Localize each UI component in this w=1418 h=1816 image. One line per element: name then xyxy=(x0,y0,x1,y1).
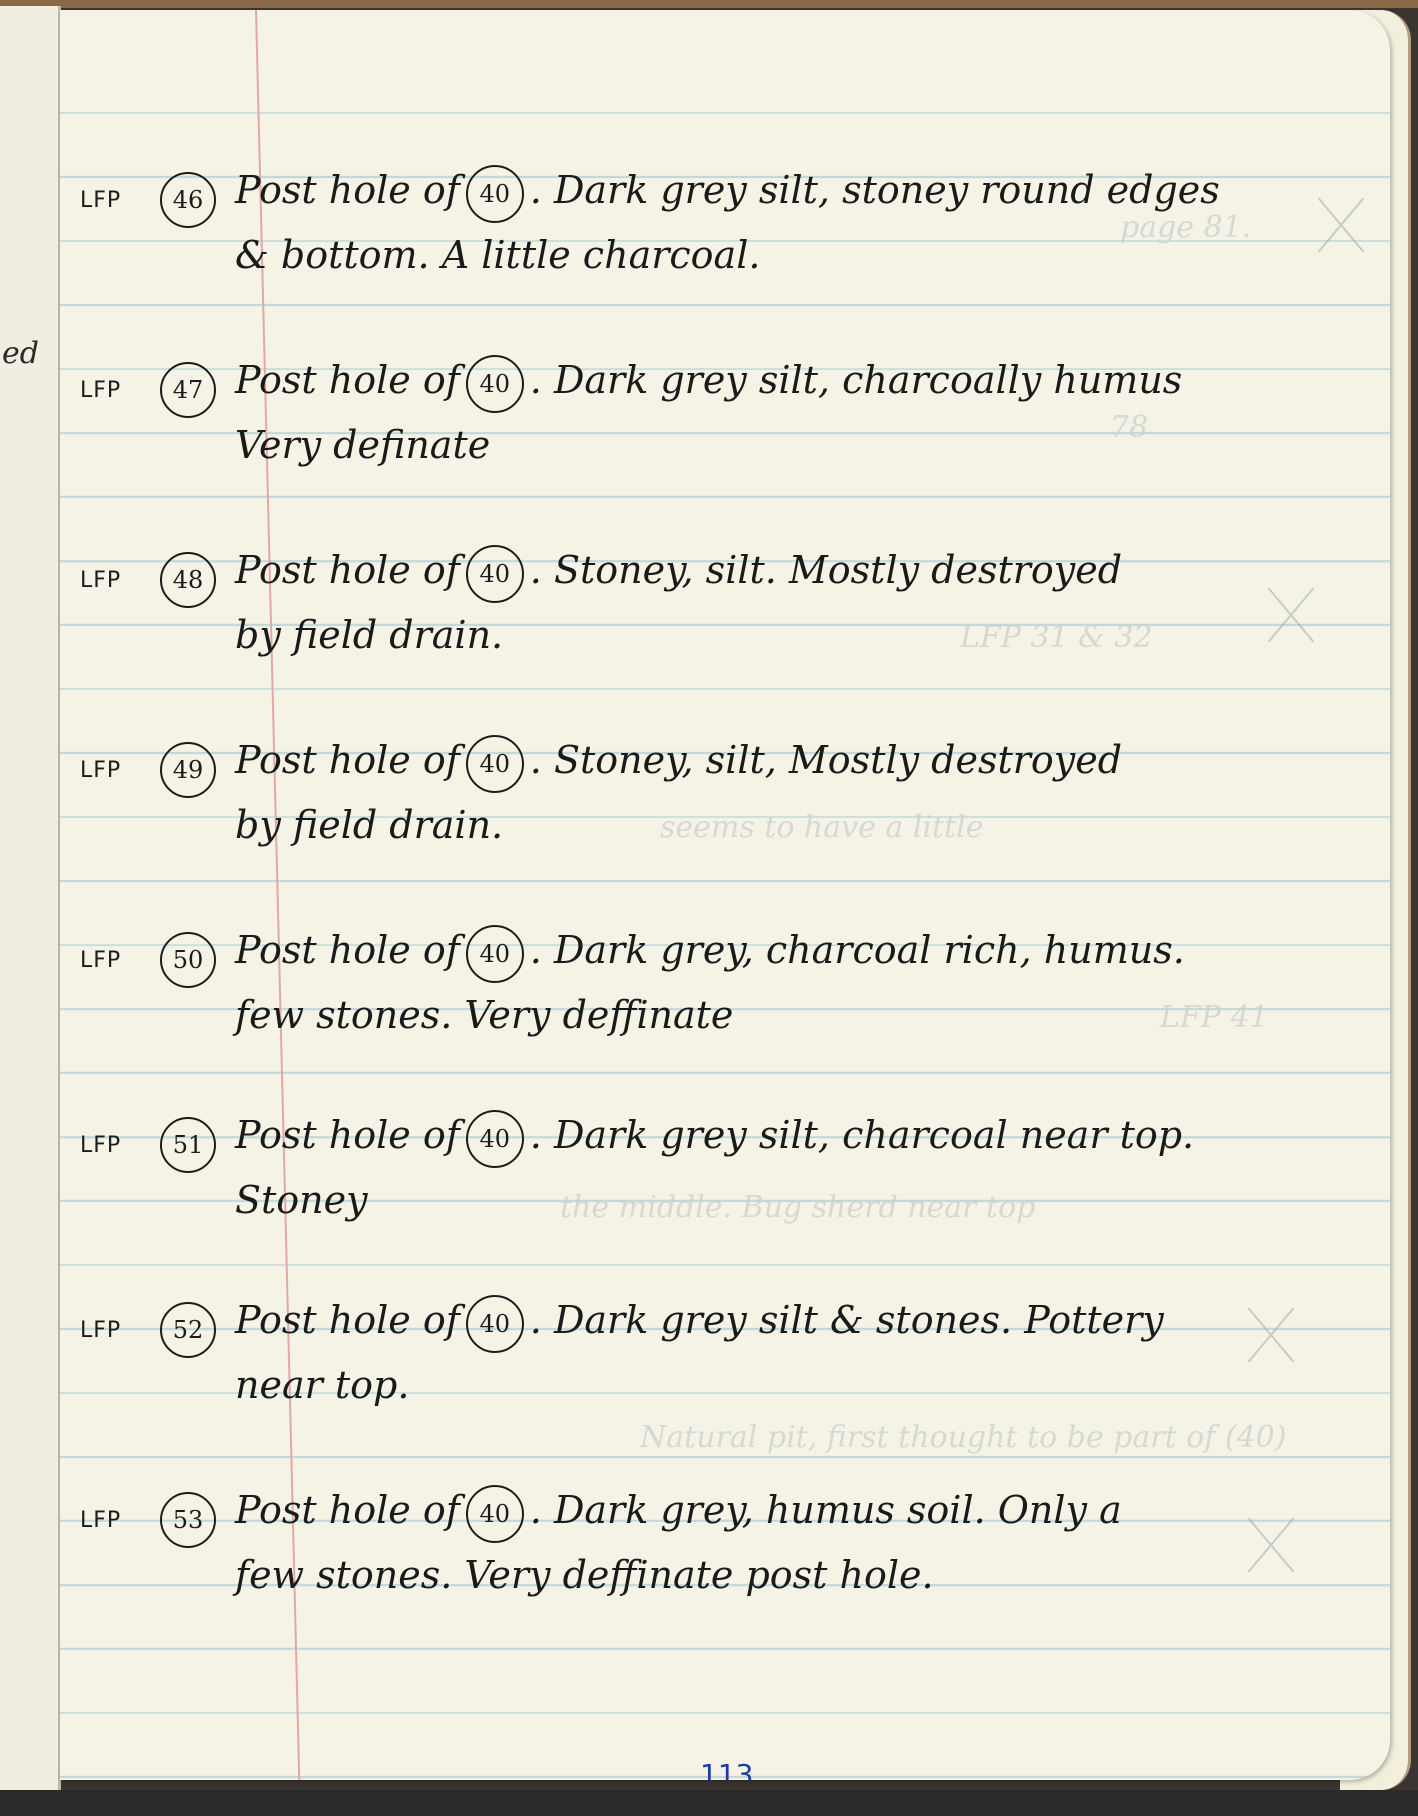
entry-line2: few stones. Very deffinate post hole. xyxy=(235,1553,934,1597)
entry-number-circled: 49 xyxy=(160,742,216,798)
page-number: 113 xyxy=(700,1758,753,1780)
entry-label: LFP xyxy=(80,1508,121,1533)
log-entry: LFP 53 Post hole of40. Dark grey, humus … xyxy=(60,1470,1360,1650)
entry-text: Post hole of40. Dark grey silt & stones.… xyxy=(235,1288,1355,1417)
entry-number-circled: 51 xyxy=(160,1117,216,1173)
entry-label: LFP xyxy=(80,948,121,973)
feature-ref-circled: 40 xyxy=(466,735,524,793)
entry-line2: Very definate xyxy=(235,423,490,467)
entry-label: LFP xyxy=(80,1318,121,1343)
entry-text: Post hole of40. Stoney, silt, Mostly des… xyxy=(235,728,1355,857)
entry-line1: . Dark grey silt, charcoally humus xyxy=(530,358,1183,402)
entry-line1: . Stoney, silt, Mostly destroyed xyxy=(530,738,1122,782)
entry-label: LFP xyxy=(80,378,121,403)
entry-number-circled: 46 xyxy=(160,172,216,228)
entry-prefix: Post hole of xyxy=(235,358,460,402)
entry-prefix: Post hole of xyxy=(235,738,460,782)
entry-prefix: Post hole of xyxy=(235,168,460,212)
entry-text: Post hole of40. Dark grey silt, charcoal… xyxy=(235,348,1355,477)
entry-line2: Stoney xyxy=(235,1178,368,1222)
entry-label: LFP xyxy=(80,188,121,213)
entry-line2: by field drain. xyxy=(235,803,503,847)
feature-ref-circled: 40 xyxy=(466,1485,524,1543)
log-entry: LFP 50 Post hole of40. Dark grey, charco… xyxy=(60,910,1360,1090)
feature-ref-circled: 40 xyxy=(466,545,524,603)
entry-line1: . Dark grey silt, stoney round edges xyxy=(530,168,1220,212)
entry-text: Post hole of40. Dark grey, charcoal rich… xyxy=(235,918,1355,1047)
entry-text: Post hole of40. Dark grey silt, stoney r… xyxy=(235,158,1355,287)
entry-prefix: Post hole of xyxy=(235,1113,460,1157)
entry-line1: . Dark grey, charcoal rich, humus. xyxy=(530,928,1185,972)
feature-ref-circled: 40 xyxy=(466,355,524,413)
log-entry: LFP 47 Post hole of40. Dark grey silt, c… xyxy=(60,340,1360,520)
entry-number-circled: 53 xyxy=(160,1492,216,1548)
entry-number-circled: 50 xyxy=(160,932,216,988)
notebook-spread: ed page 81. 78 LFP 31 & 32 seems to have… xyxy=(0,0,1418,1816)
entry-line2: & bottom. A little charcoal. xyxy=(235,233,760,277)
notebook-page: page 81. 78 LFP 31 & 32 seems to have a … xyxy=(60,10,1390,1780)
log-entry: LFP 48 Post hole of40. Stoney, silt. Mos… xyxy=(60,530,1360,710)
feature-ref-circled: 40 xyxy=(466,1110,524,1168)
entry-line2: by field drain. xyxy=(235,613,503,657)
log-entry: LFP 46 Post hole of40. Dark grey silt, s… xyxy=(60,150,1360,330)
table-surface xyxy=(0,1790,1418,1816)
entry-line1: . Dark grey, humus soil. Only a xyxy=(530,1488,1122,1532)
entry-label: LFP xyxy=(80,568,121,593)
entry-line2: few stones. Very deffinate xyxy=(235,993,733,1037)
entry-label: LFP xyxy=(80,758,121,783)
previous-page-fragment: ed xyxy=(2,336,39,371)
previous-page-edge: ed xyxy=(0,6,61,1796)
entry-line1: . Dark grey silt & stones. Pottery xyxy=(530,1298,1164,1342)
feature-ref-circled: 40 xyxy=(466,925,524,983)
log-entry: LFP 49 Post hole of40. Stoney, silt, Mos… xyxy=(60,720,1360,900)
feature-ref-circled: 40 xyxy=(466,165,524,223)
entry-prefix: Post hole of xyxy=(235,1488,460,1532)
entry-text: Post hole of40. Dark grey silt, charcoal… xyxy=(235,1103,1355,1232)
entry-text: Post hole of40. Dark grey, humus soil. O… xyxy=(235,1478,1355,1607)
entry-label: LFP xyxy=(80,1133,121,1158)
entry-prefix: Post hole of xyxy=(235,548,460,592)
entry-line2: near top. xyxy=(235,1363,409,1407)
entry-prefix: Post hole of xyxy=(235,1298,460,1342)
log-entry: LFP 51 Post hole of40. Dark grey silt, c… xyxy=(60,1095,1360,1275)
entry-prefix: Post hole of xyxy=(235,928,460,972)
entry-number-circled: 48 xyxy=(160,552,216,608)
entry-number-circled: 52 xyxy=(160,1302,216,1358)
entry-line1: . Stoney, silt. Mostly destroyed xyxy=(530,548,1122,592)
log-entry: LFP 52 Post hole of40. Dark grey silt & … xyxy=(60,1280,1360,1460)
feature-ref-circled: 40 xyxy=(466,1295,524,1353)
entry-number-circled: 47 xyxy=(160,362,216,418)
entry-text: Post hole of40. Stoney, silt. Mostly des… xyxy=(235,538,1355,667)
entry-line1: . Dark grey silt, charcoal near top. xyxy=(530,1113,1194,1157)
